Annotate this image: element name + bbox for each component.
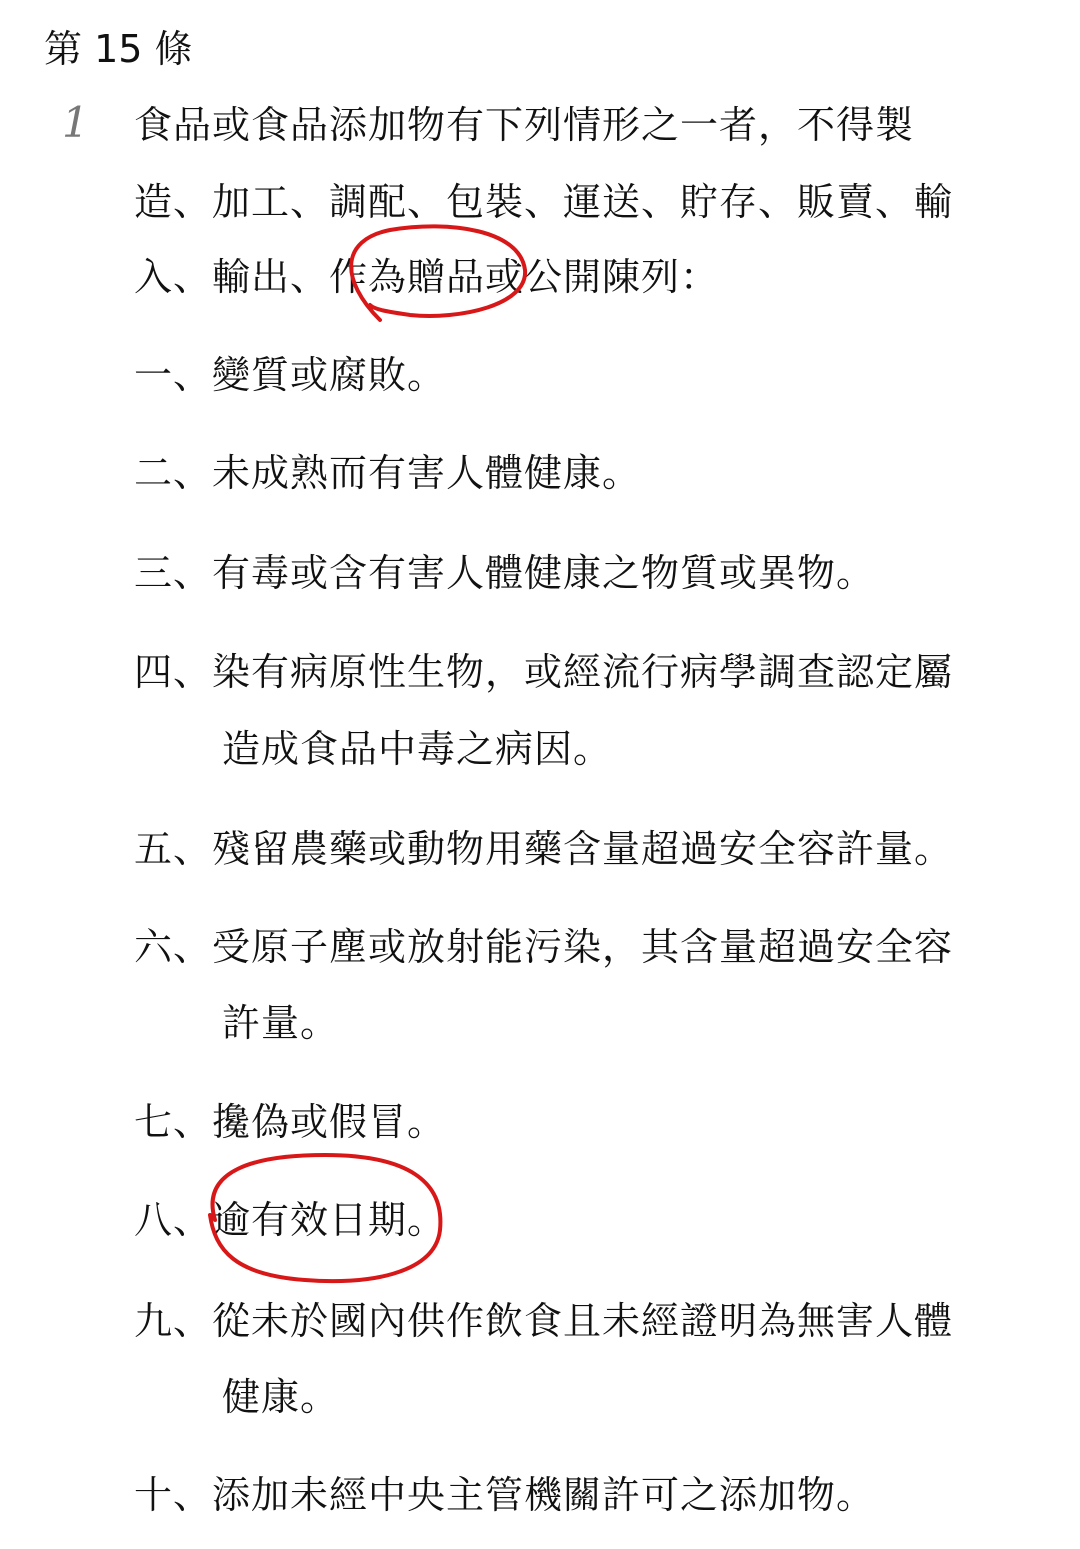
item-4-line-2: 造成食品中毒之病因。 xyxy=(222,722,612,776)
article-title: 第 15 條 xyxy=(44,22,193,76)
item-9-line-1: 九、從未於國內供作飲食且未經證明為無害人體 xyxy=(134,1294,953,1348)
item-10: 十、添加未經中央主管機關許可之添加物。 xyxy=(134,1468,875,1522)
item-5: 五、殘留農藥或動物用藥含量超過安全容許量。 xyxy=(134,822,953,876)
intro-line-3: 入、輸出、作為贈品或公開陳列： xyxy=(134,250,719,304)
item-3: 三、有毒或含有害人體健康之物質或異物。 xyxy=(134,546,875,600)
item-6-line-2: 許量。 xyxy=(222,996,339,1050)
item-1: 一、變質或腐敗。 xyxy=(134,348,446,402)
item-2: 二、未成熟而有害人體健康。 xyxy=(134,446,641,500)
item-7: 七、攙偽或假冒。 xyxy=(134,1095,446,1149)
item-8: 八、逾有效日期。 xyxy=(134,1193,446,1247)
item-9-line-2: 健康。 xyxy=(222,1370,339,1424)
paragraph-number: 1 xyxy=(62,98,89,147)
item-6-line-1: 六、受原子塵或放射能污染，其含量超過安全容 xyxy=(134,920,953,974)
intro-line-2: 造、加工、調配、包裝、運送、貯存、販賣、輸 xyxy=(134,175,953,229)
item-4-line-1: 四、染有病原性生物，或經流行病學調查認定屬 xyxy=(134,645,953,699)
intro-line-1: 食品或食品添加物有下列情形之一者，不得製 xyxy=(134,98,914,152)
